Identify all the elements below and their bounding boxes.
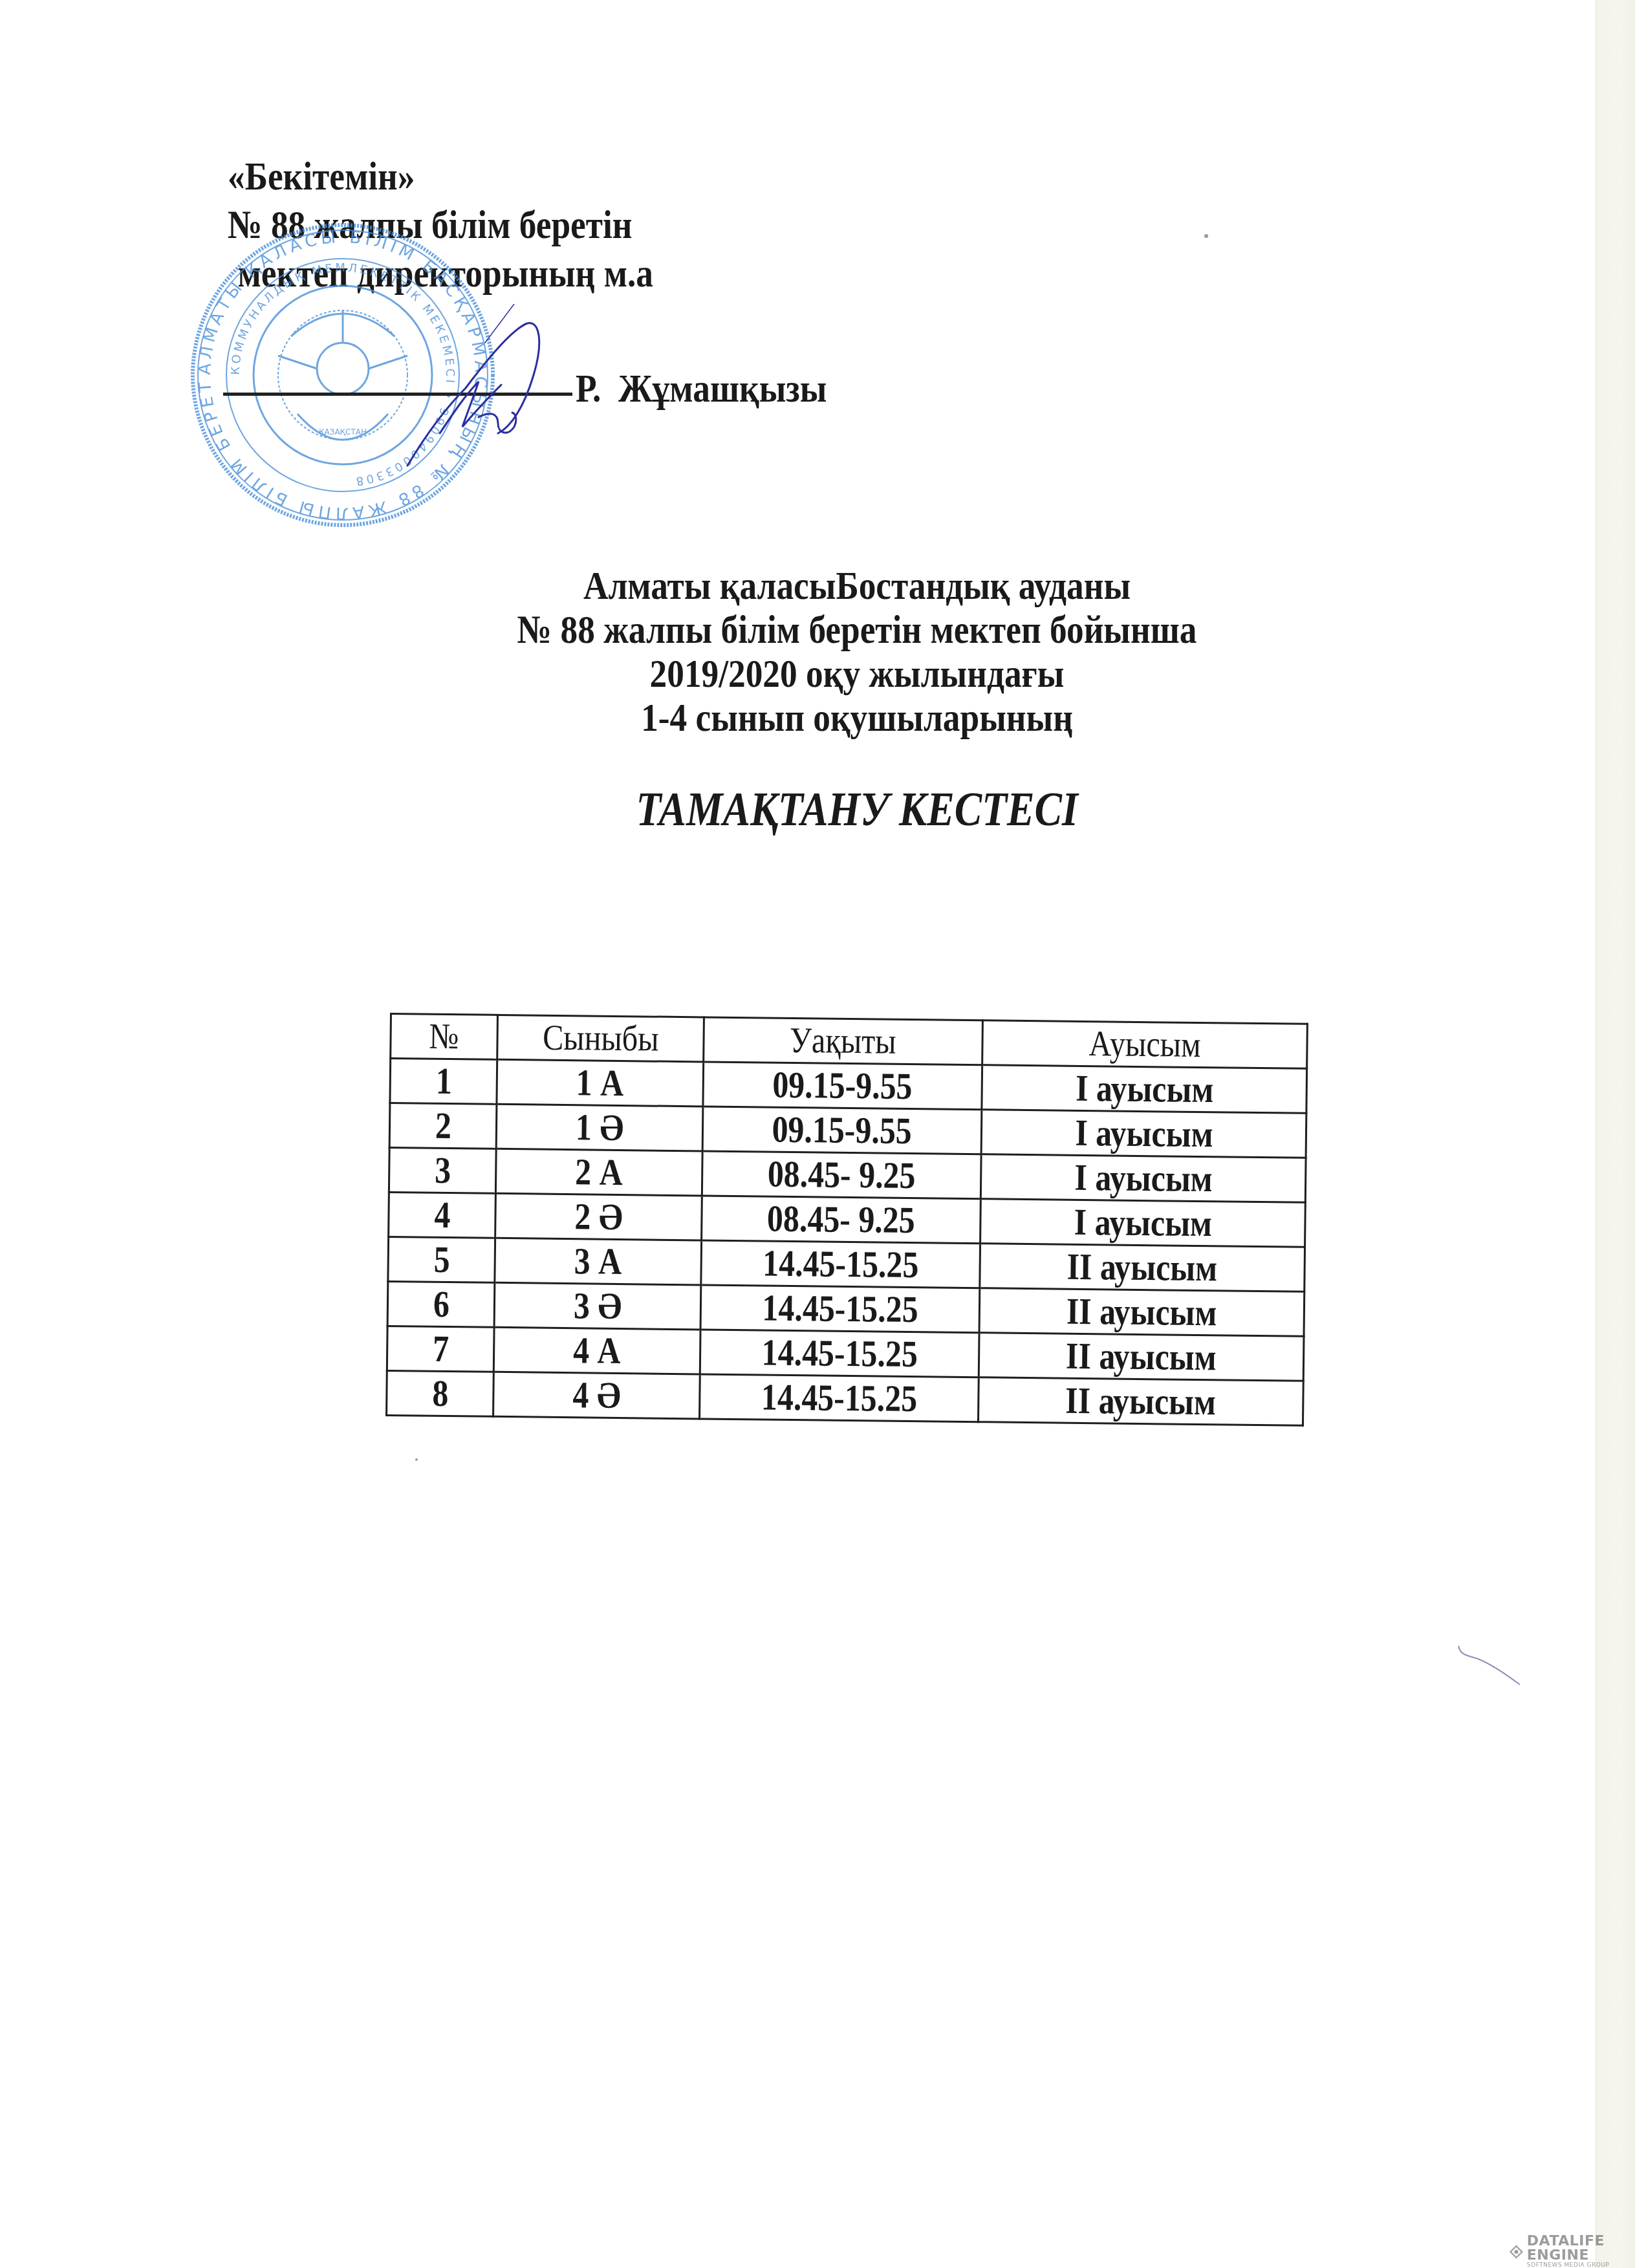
cell-shift: І ауысым (980, 1154, 1306, 1203)
cell-number: 5 (388, 1237, 495, 1282)
header-line-school: № 88 жалпы білім беретін мектеп бойынша (120, 608, 1594, 652)
scan-speck (1204, 234, 1208, 238)
cell-number: 6 (387, 1281, 495, 1327)
cell-shift: І ауысым (982, 1065, 1307, 1114)
cell-time: 09.15-9.55 (702, 1107, 982, 1154)
cell-class: 1 А (497, 1059, 704, 1107)
meal-schedule-table: № Сыныбы Уақыты Ауысым 11 А09.15-9.55І а… (385, 1013, 1308, 1427)
cell-shift: І ауысым (980, 1199, 1306, 1247)
scan-speck (415, 1458, 418, 1461)
document-title: ТАМАҚТАНУ КЕСТЕСІ (0, 783, 1635, 837)
cell-shift: ІІ ауысым (979, 1288, 1305, 1337)
table-row: 84 Ә14.45-15.25ІІ ауысым (387, 1370, 1304, 1425)
document-header: Алматы қаласыБостандық ауданы № 88 жалпы… (0, 564, 1635, 740)
stray-pen-mark (1439, 1633, 1536, 1698)
header-time: Уақыты (704, 1017, 983, 1065)
cell-number: 2 (389, 1103, 497, 1149)
datalife-logo-icon (1510, 2243, 1523, 2261)
cell-shift: І ауысым (981, 1110, 1306, 1158)
cell-class: 2 А (495, 1149, 702, 1196)
svg-text:ҚАЗАҚСТАН: ҚАЗАҚСТАН (319, 427, 367, 437)
cell-class: 3 Ә (494, 1282, 701, 1330)
cell-class: 2 Ә (495, 1193, 702, 1240)
cell-time: 09.15-9.55 (703, 1062, 982, 1110)
cell-shift: ІІ ауысым (980, 1244, 1305, 1292)
signature-icon (401, 304, 550, 472)
document-title-text: ТАМАҚТАНУ КЕСТЕСІ (636, 783, 1077, 837)
cell-class: 3 А (495, 1238, 702, 1285)
header-class: Сыныбы (497, 1015, 704, 1062)
cell-number: 1 (390, 1059, 497, 1105)
cell-number: 7 (387, 1326, 494, 1372)
signatory-name: Р. Жұмашқызы (576, 366, 827, 412)
watermark-sub: SOFTNEWS MEDIA GROUP (1527, 2263, 1635, 2268)
cell-time: 08.45- 9.25 (702, 1151, 981, 1199)
meal-schedule-table-wrapper: № Сыныбы Уақыты Ауысым 11 А09.15-9.55І а… (385, 1013, 1308, 1427)
header-line-city: Алматы қаласыБостандық ауданы (120, 564, 1594, 608)
cell-shift: ІІ ауысым (979, 1333, 1304, 1381)
cell-time: 14.45-15.25 (700, 1330, 979, 1377)
cell-number: 3 (389, 1148, 496, 1194)
cell-shift: ІІ ауысым (978, 1377, 1303, 1426)
header-number: № (391, 1014, 498, 1060)
approval-heading: «Бекітемін» (228, 153, 653, 201)
cell-time: 14.45-15.25 (700, 1374, 979, 1422)
cell-class: 4 А (493, 1327, 700, 1374)
cell-time: 14.45-15.25 (700, 1285, 980, 1333)
watermark: DATALIFE ENGINE SOFTNEWS MEDIA GROUP (1510, 2234, 1635, 2268)
watermark-brand: DATALIFE ENGINE (1527, 2234, 1635, 2263)
scanner-edge-strip (1596, 0, 1635, 2268)
header-line-year: 2019/2020 оқу жылындағы (120, 652, 1594, 696)
cell-number: 4 (389, 1192, 496, 1238)
cell-class: 4 Ә (493, 1372, 700, 1419)
cell-time: 08.45- 9.25 (702, 1196, 981, 1244)
header-shift: Ауысым (982, 1021, 1308, 1069)
header-line-grades: 1-4 сынып оқушыларының (120, 696, 1594, 740)
cell-time: 14.45-15.25 (701, 1240, 980, 1288)
cell-number: 8 (387, 1370, 494, 1416)
cell-class: 1 Ә (496, 1104, 703, 1151)
